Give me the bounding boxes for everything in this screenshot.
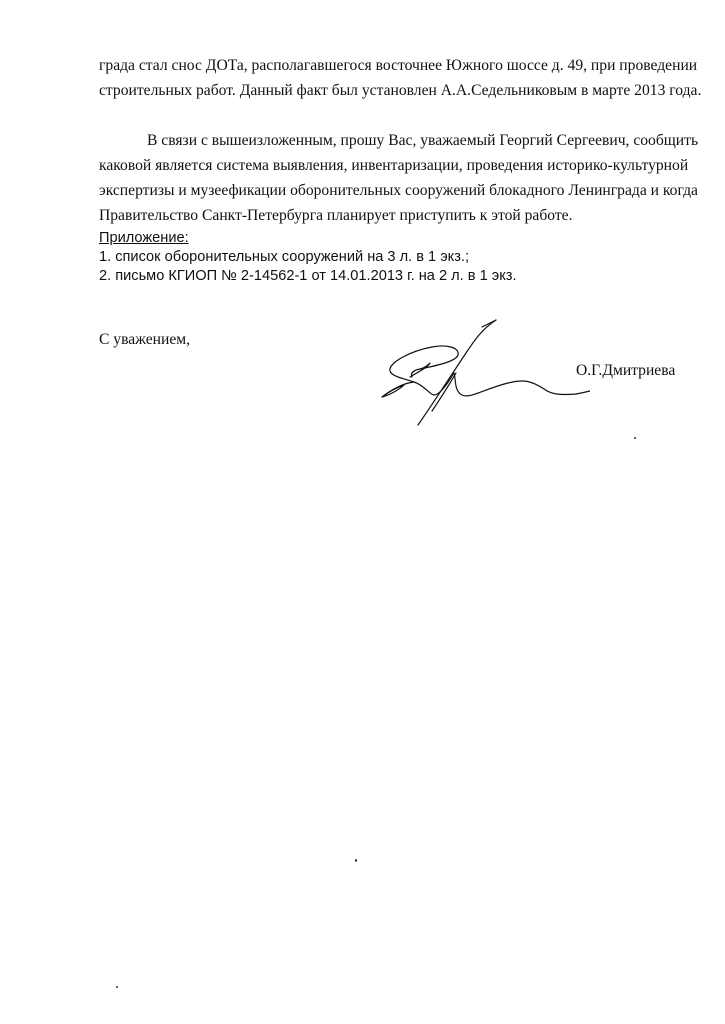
document-page: града стал снос ДОТа, располагавшегося в… [0, 0, 725, 1024]
paragraph-line: Правительство Санкт-Петербурга планирует… [99, 203, 668, 228]
closing-salutation: С уважением, [99, 330, 190, 350]
paragraph-line: В связи с вышеизложенным, прошу Вас, ува… [99, 128, 668, 153]
body-paragraph-2: В связи с вышеизложенным, прошу Вас, ува… [99, 128, 668, 228]
paragraph-line: экспертизы и музеефикации оборонительных… [99, 178, 668, 203]
paragraph-line: каковой является система выявления, инве… [99, 153, 668, 178]
attachment-item: 2. письмо КГИОП № 2-14562-1 от 14.01.201… [99, 267, 517, 286]
scan-speck [116, 986, 118, 988]
attachments-section: Приложение: 1. список оборонительных соо… [99, 229, 517, 286]
paragraph-line: града стал снос ДОТа, располагавшегося в… [99, 53, 668, 78]
paragraph-line: строительных работ. Данный факт был уста… [99, 78, 668, 103]
attachment-item: 1. список оборонительных сооружений на 3… [99, 248, 517, 267]
body-paragraph-1: града стал снос ДОТа, располагавшегося в… [99, 53, 668, 103]
scan-speck [355, 859, 357, 862]
scan-speck [634, 437, 636, 439]
signature-icon [370, 315, 590, 435]
attachments-title: Приложение: [99, 229, 517, 248]
signer-name: О.Г.Дмитриева [576, 361, 675, 381]
